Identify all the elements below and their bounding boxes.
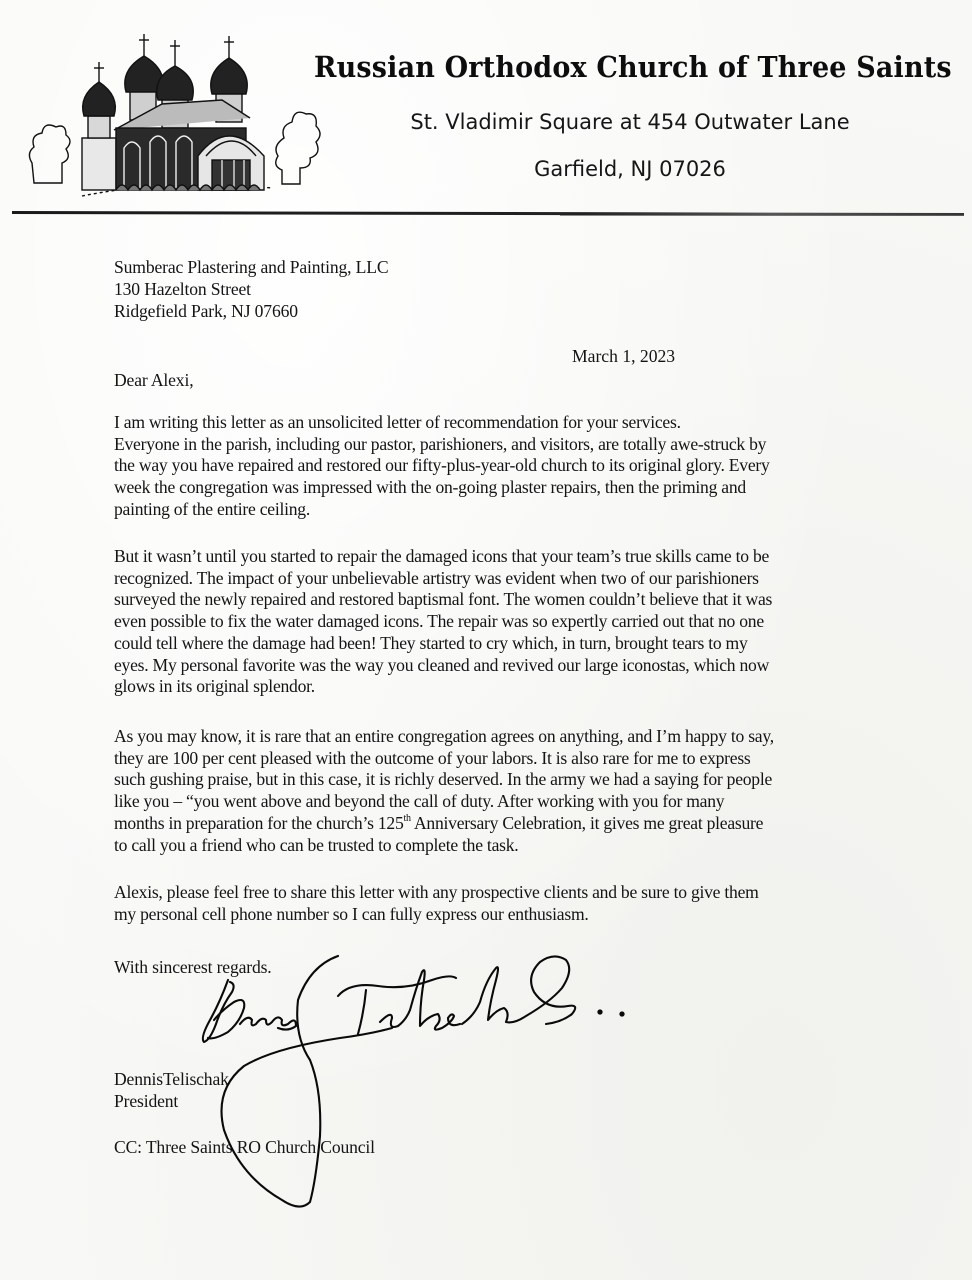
paragraph-line: like you – “you went above and beyond th… [114,791,874,813]
body-paragraph-2: But it wasn’t until you started to repai… [114,546,874,698]
paragraph-line: my personal cell phone number so I can f… [114,904,874,926]
paragraph-line: could tell where the damage had been! Th… [114,633,874,655]
paragraph-line: Everyone in the parish, including our pa… [114,434,874,456]
signer-title: President [114,1090,178,1112]
organization-name: Russian Orthodox Church of Three Saints [314,50,891,84]
recipient-address-block: Sumberac Plastering and Painting, LLC 13… [114,256,388,322]
handwritten-signature-icon [170,940,650,1215]
church-illustration-icon [22,18,322,208]
paragraph-line: I am writing this letter as an unsolicit… [114,412,874,434]
letter-page: Russian Orthodox Church of Three Saints … [0,0,972,1280]
line-text: Anniversary Celebration, it gives me gre… [411,813,763,833]
recipient-name: Sumberac Plastering and Painting, LLC [114,256,388,278]
paragraph-line: eyes. My personal favorite was the way y… [114,655,874,677]
signer-name: DennisTelischak [114,1068,229,1090]
paragraph-line: Alexis, please feel free to share this l… [114,882,874,904]
letterhead-divider-secondary [560,215,964,216]
paragraph-line: As you may know, it is rare that an enti… [114,726,874,748]
paragraph-line: they are 100 per cent pleased with the o… [114,748,874,770]
paragraph-line: recognized. The impact of your unbelieva… [114,568,874,590]
body-paragraph-4: Alexis, please feel free to share this l… [114,882,874,925]
paragraph-line: painting of the entire ceiling. [114,499,874,521]
cc-line: CC: Three Saints RO Church Council [114,1136,375,1158]
organization-address-street: St. Vladimir Square at 454 Outwater Lane [330,110,930,134]
paragraph-line: But it wasn’t until you started to repai… [114,546,874,568]
body-paragraph-1: I am writing this letter as an unsolicit… [114,412,874,521]
recipient-street: 130 Hazelton Street [114,278,388,300]
paragraph-line: such gushing praise, but in this case, i… [114,769,874,791]
paragraph-line: even possible to fix the water damaged i… [114,611,874,633]
paragraph-line: months in preparation for the church’s 1… [114,813,874,835]
recipient-city: Ridgefield Park, NJ 07660 [114,300,388,322]
closing: With sincerest regards. [114,956,272,978]
paragraph-line: to call you a friend who can be trusted … [114,835,874,857]
letter-date: March 1, 2023 [572,345,675,367]
ordinal-suffix: th [404,813,411,824]
salutation: Dear Alexi, [114,369,193,391]
paragraph-line: surveyed the newly repaired and restored… [114,589,874,611]
organization-address-city: Garfield, NJ 07026 [330,157,930,181]
line-text: months in preparation for the church’s 1… [114,813,404,833]
body-paragraph-3: As you may know, it is rare that an enti… [114,726,874,856]
paragraph-line: glows in its original splendor. [114,676,874,698]
paragraph-line: the way you have repaired and restored o… [114,455,874,477]
paragraph-line: week the congregation was impressed with… [114,477,874,499]
